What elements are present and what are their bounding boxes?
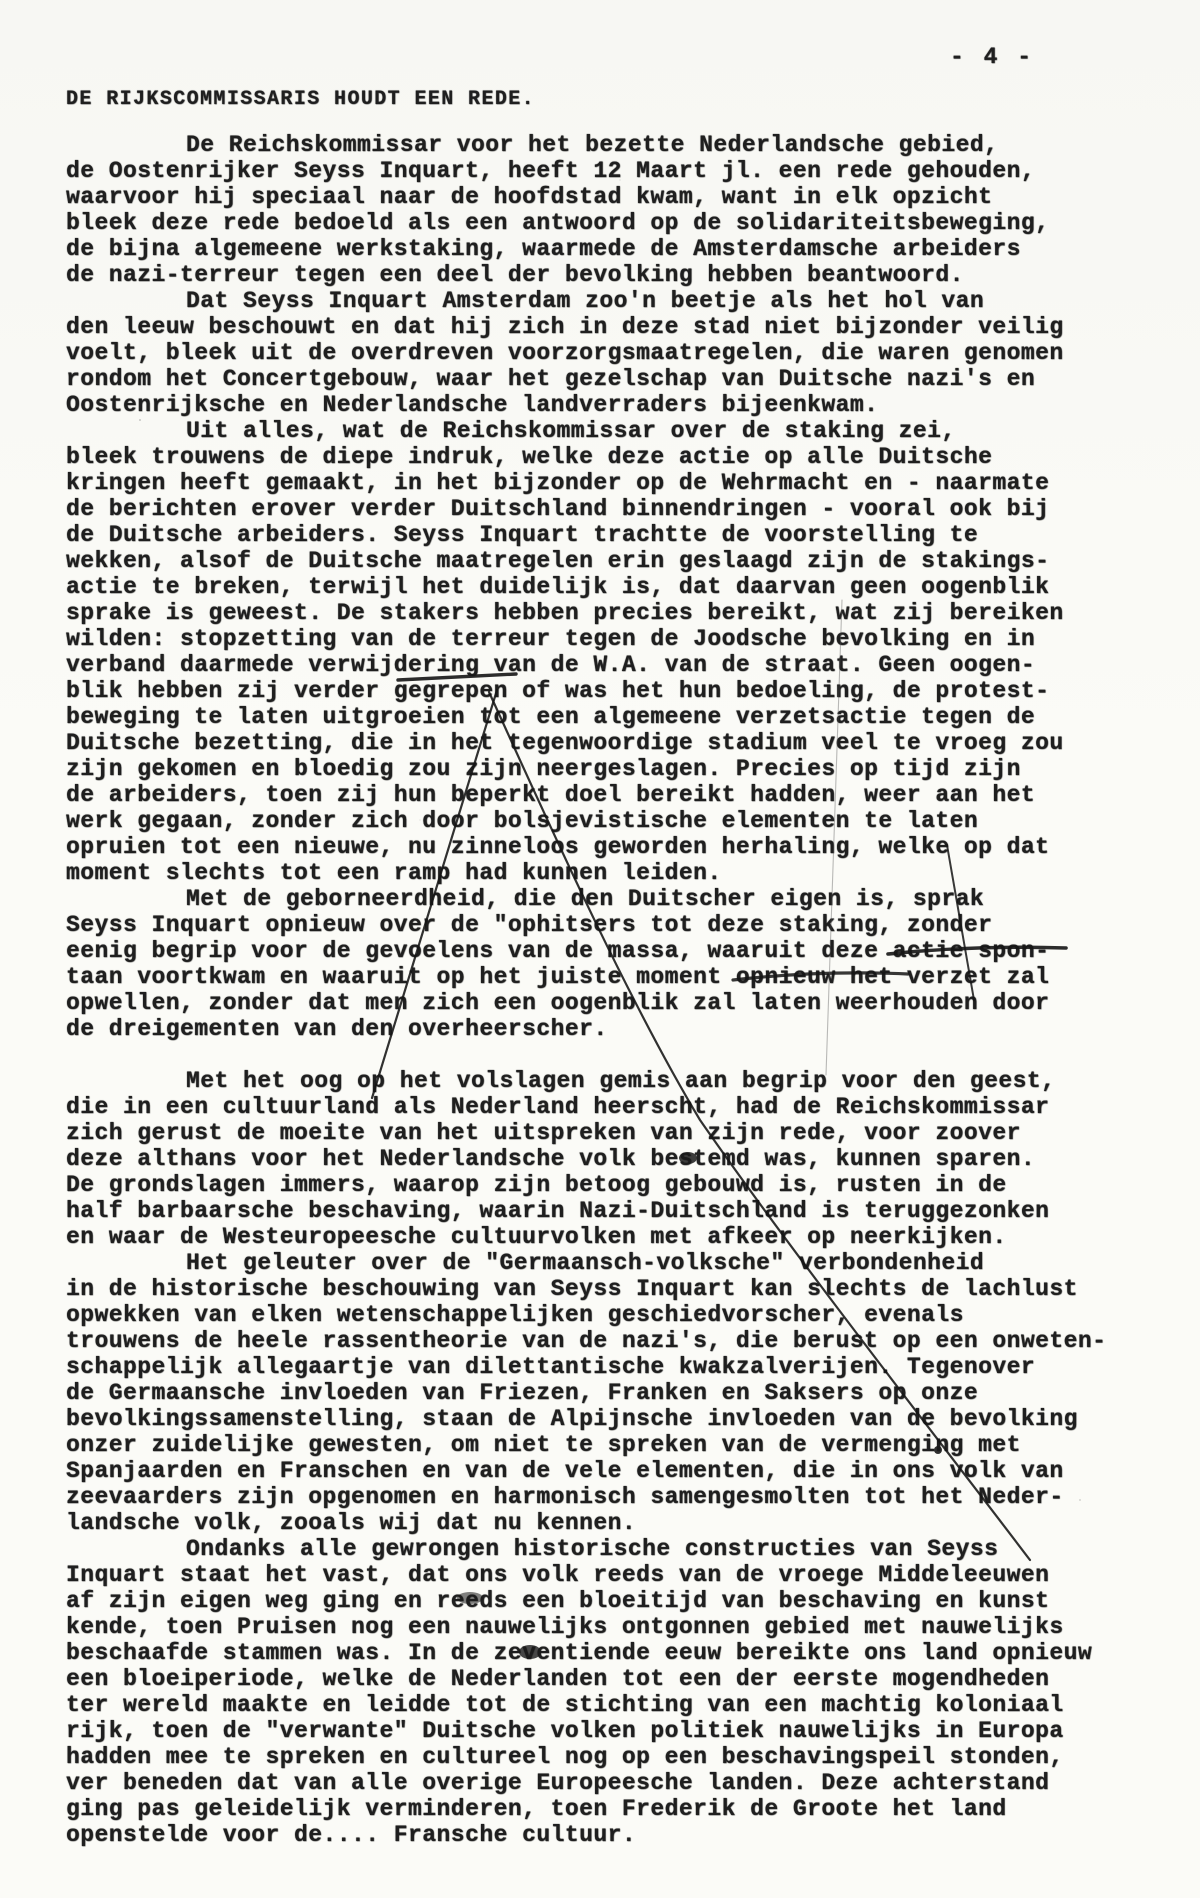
scanned-document-page: { "page": { "number_label": "- 4 -", "ti… — [0, 0, 1200, 1898]
text-line: blik hebben zij verder gegrepen of was h… — [66, 678, 1106, 704]
text-line: ver beneden dat van alle overige Europee… — [66, 1770, 1106, 1796]
text-line: de Duitsche arbeiders. Seyss Inquart tra… — [66, 522, 1106, 548]
text-line: werk gegaan, zonder zich door bolsjevist… — [66, 808, 1106, 834]
text-line: kringen heeft gemaakt, in het bijzonder … — [66, 470, 1106, 496]
text-line: en waar de Westeuropeesche cultuurvolken… — [66, 1224, 1106, 1250]
text-line: een bloeiperiode, welke de Nederlanden t… — [66, 1666, 1106, 1692]
text-line: schappelijk allegaartje van dilettantisc… — [66, 1354, 1106, 1380]
text-line: Seyss Inquart opnieuw over de "ophitsers… — [66, 912, 1106, 938]
text-line: bleek deze rede bedoeld als een antwoord… — [66, 210, 1106, 236]
text-line: Dat Seyss Inquart Amsterdam zoo'n beetje… — [66, 288, 1106, 314]
text-line: af zijn eigen weg ging en reeds een bloe… — [66, 1588, 1106, 1614]
text-line: opwellen, zonder dat men zich een oogenb… — [66, 990, 1106, 1016]
text-line: zeevaarders zijn opgenomen en harmonisch… — [66, 1484, 1106, 1510]
text-line: zich gerust de moeite van het uitspreken… — [66, 1120, 1106, 1146]
text-line: wekken, alsof de Duitsche maatregelen er… — [66, 548, 1106, 574]
text-line: kende, toen Pruisen nog een nauwelijks o… — [66, 1614, 1106, 1640]
text-line: Het geleuter over de "Germaansch-volksch… — [66, 1250, 1106, 1276]
text-line: opwekken van elken wetenschappelijken ge… — [66, 1302, 1106, 1328]
document-body: De Reichskommissar voor het bezette Nede… — [66, 132, 1106, 1848]
text-line: De grondslagen immers, waarop zijn betoo… — [66, 1172, 1106, 1198]
text-line: de Oostenrijker Seyss Inquart, heeft 12 … — [66, 158, 1106, 184]
text-line: landsche volk, zooals wij dat nu kennen. — [66, 1510, 1106, 1536]
text-line: half barbaarsche beschaving, waarin Nazi… — [66, 1198, 1106, 1224]
text-line: voelt, bleek uit de overdreven voorzorgs… — [66, 340, 1106, 366]
text-line: rijk, toen de "verwante" Duitsche volken… — [66, 1718, 1106, 1744]
text-line: die in een cultuurland als Nederland hee… — [66, 1094, 1106, 1120]
text-line: waarvoor hij speciaal naar de hoofdstad … — [66, 184, 1106, 210]
text-line: Inquart staat het vast, dat ons volk ree… — [66, 1562, 1106, 1588]
text-line: de arbeiders, toen zij hun beperkt doel … — [66, 782, 1106, 808]
text-line: bevolkingssamenstelling, staan de Alpijn… — [66, 1406, 1106, 1432]
text-line: beweging te laten uitgroeien tot een alg… — [66, 704, 1106, 730]
text-line: bleek trouwens de diepe indruk, welke de… — [66, 444, 1106, 470]
text-line: eenig begrip voor de gevoelens van de ma… — [66, 938, 1106, 964]
text-line: beschaafde stammen was. In de zeventiend… — [66, 1640, 1106, 1666]
text-line: De Reichskommissar voor het bezette Nede… — [66, 132, 1106, 158]
text-line: opruien tot een nieuwe, nu zinneloos gew… — [66, 834, 1106, 860]
text-line: actie te breken, terwijl het duidelijk i… — [66, 574, 1106, 600]
text-line: deze althans voor het Nederlandsche volk… — [66, 1146, 1106, 1172]
text-line: in de historische beschouwing van Seyss … — [66, 1276, 1106, 1302]
text-line: Met het oog op het volslagen gemis aan b… — [66, 1068, 1106, 1094]
text-line: ging pas geleidelijk verminderen, toen F… — [66, 1796, 1106, 1822]
text-line: den leeuw beschouwt en dat hij zich in d… — [66, 314, 1106, 340]
text-line: de berichten erover verder Duitschland b… — [66, 496, 1106, 522]
text-line: Duitsche bezetting, die in het tegenwoor… — [66, 730, 1106, 756]
text-line: Uit alles, wat de Reichskommissar over d… — [66, 418, 1106, 444]
text-line: de Germaansche invloeden van Friezen, Fr… — [66, 1380, 1106, 1406]
text-line: Oostenrijksche en Nederlandsche landverr… — [66, 392, 1106, 418]
text-line: hadden mee te spreken en cultureel nog o… — [66, 1744, 1106, 1770]
text-line: ter wereld maakte en leidde tot de stich… — [66, 1692, 1106, 1718]
page-number: - 4 - — [950, 44, 1034, 70]
text-line: moment slechts tot een ramp had kunnen l… — [66, 860, 1106, 886]
text-line: Ondanks alle gewrongen historische const… — [66, 1536, 1106, 1562]
text-line: onzer zuidelijke gewesten, om niet te sp… — [66, 1432, 1106, 1458]
text-line: de dreigementen van den overheerscher. — [66, 1016, 1106, 1042]
text-line: taan voortkwam en waaruit op het juiste … — [66, 964, 1106, 990]
document-title: DE RIJKSCOMMISSARIS HOUDT EEN REDE. — [66, 88, 535, 111]
text-line: wilden: stopzetting van de terreur tegen… — [66, 626, 1106, 652]
text-line: de nazi-terreur tegen een deel der bevol… — [66, 262, 1106, 288]
text-line: Spanjaarden en Franschen en van de vele … — [66, 1458, 1106, 1484]
text-line: zijn gekomen en bloedig zou zijn neerges… — [66, 756, 1106, 782]
text-line: openstelde voor de.... Fransche cultuur. — [66, 1822, 1106, 1848]
text-line: verband daarmede verwijdering van de W.A… — [66, 652, 1106, 678]
text-line: rondom het Concertgebouw, waar het gezel… — [66, 366, 1106, 392]
text-line — [66, 1042, 1106, 1068]
text-line: Met de geborneerdheid, die den Duitscher… — [66, 886, 1106, 912]
text-line: de bijna algemeene werkstaking, waarmede… — [66, 236, 1106, 262]
text-line: trouwens de heele rassentheorie van de n… — [66, 1328, 1106, 1354]
text-line: sprake is geweest. De stakers hebben pre… — [66, 600, 1106, 626]
